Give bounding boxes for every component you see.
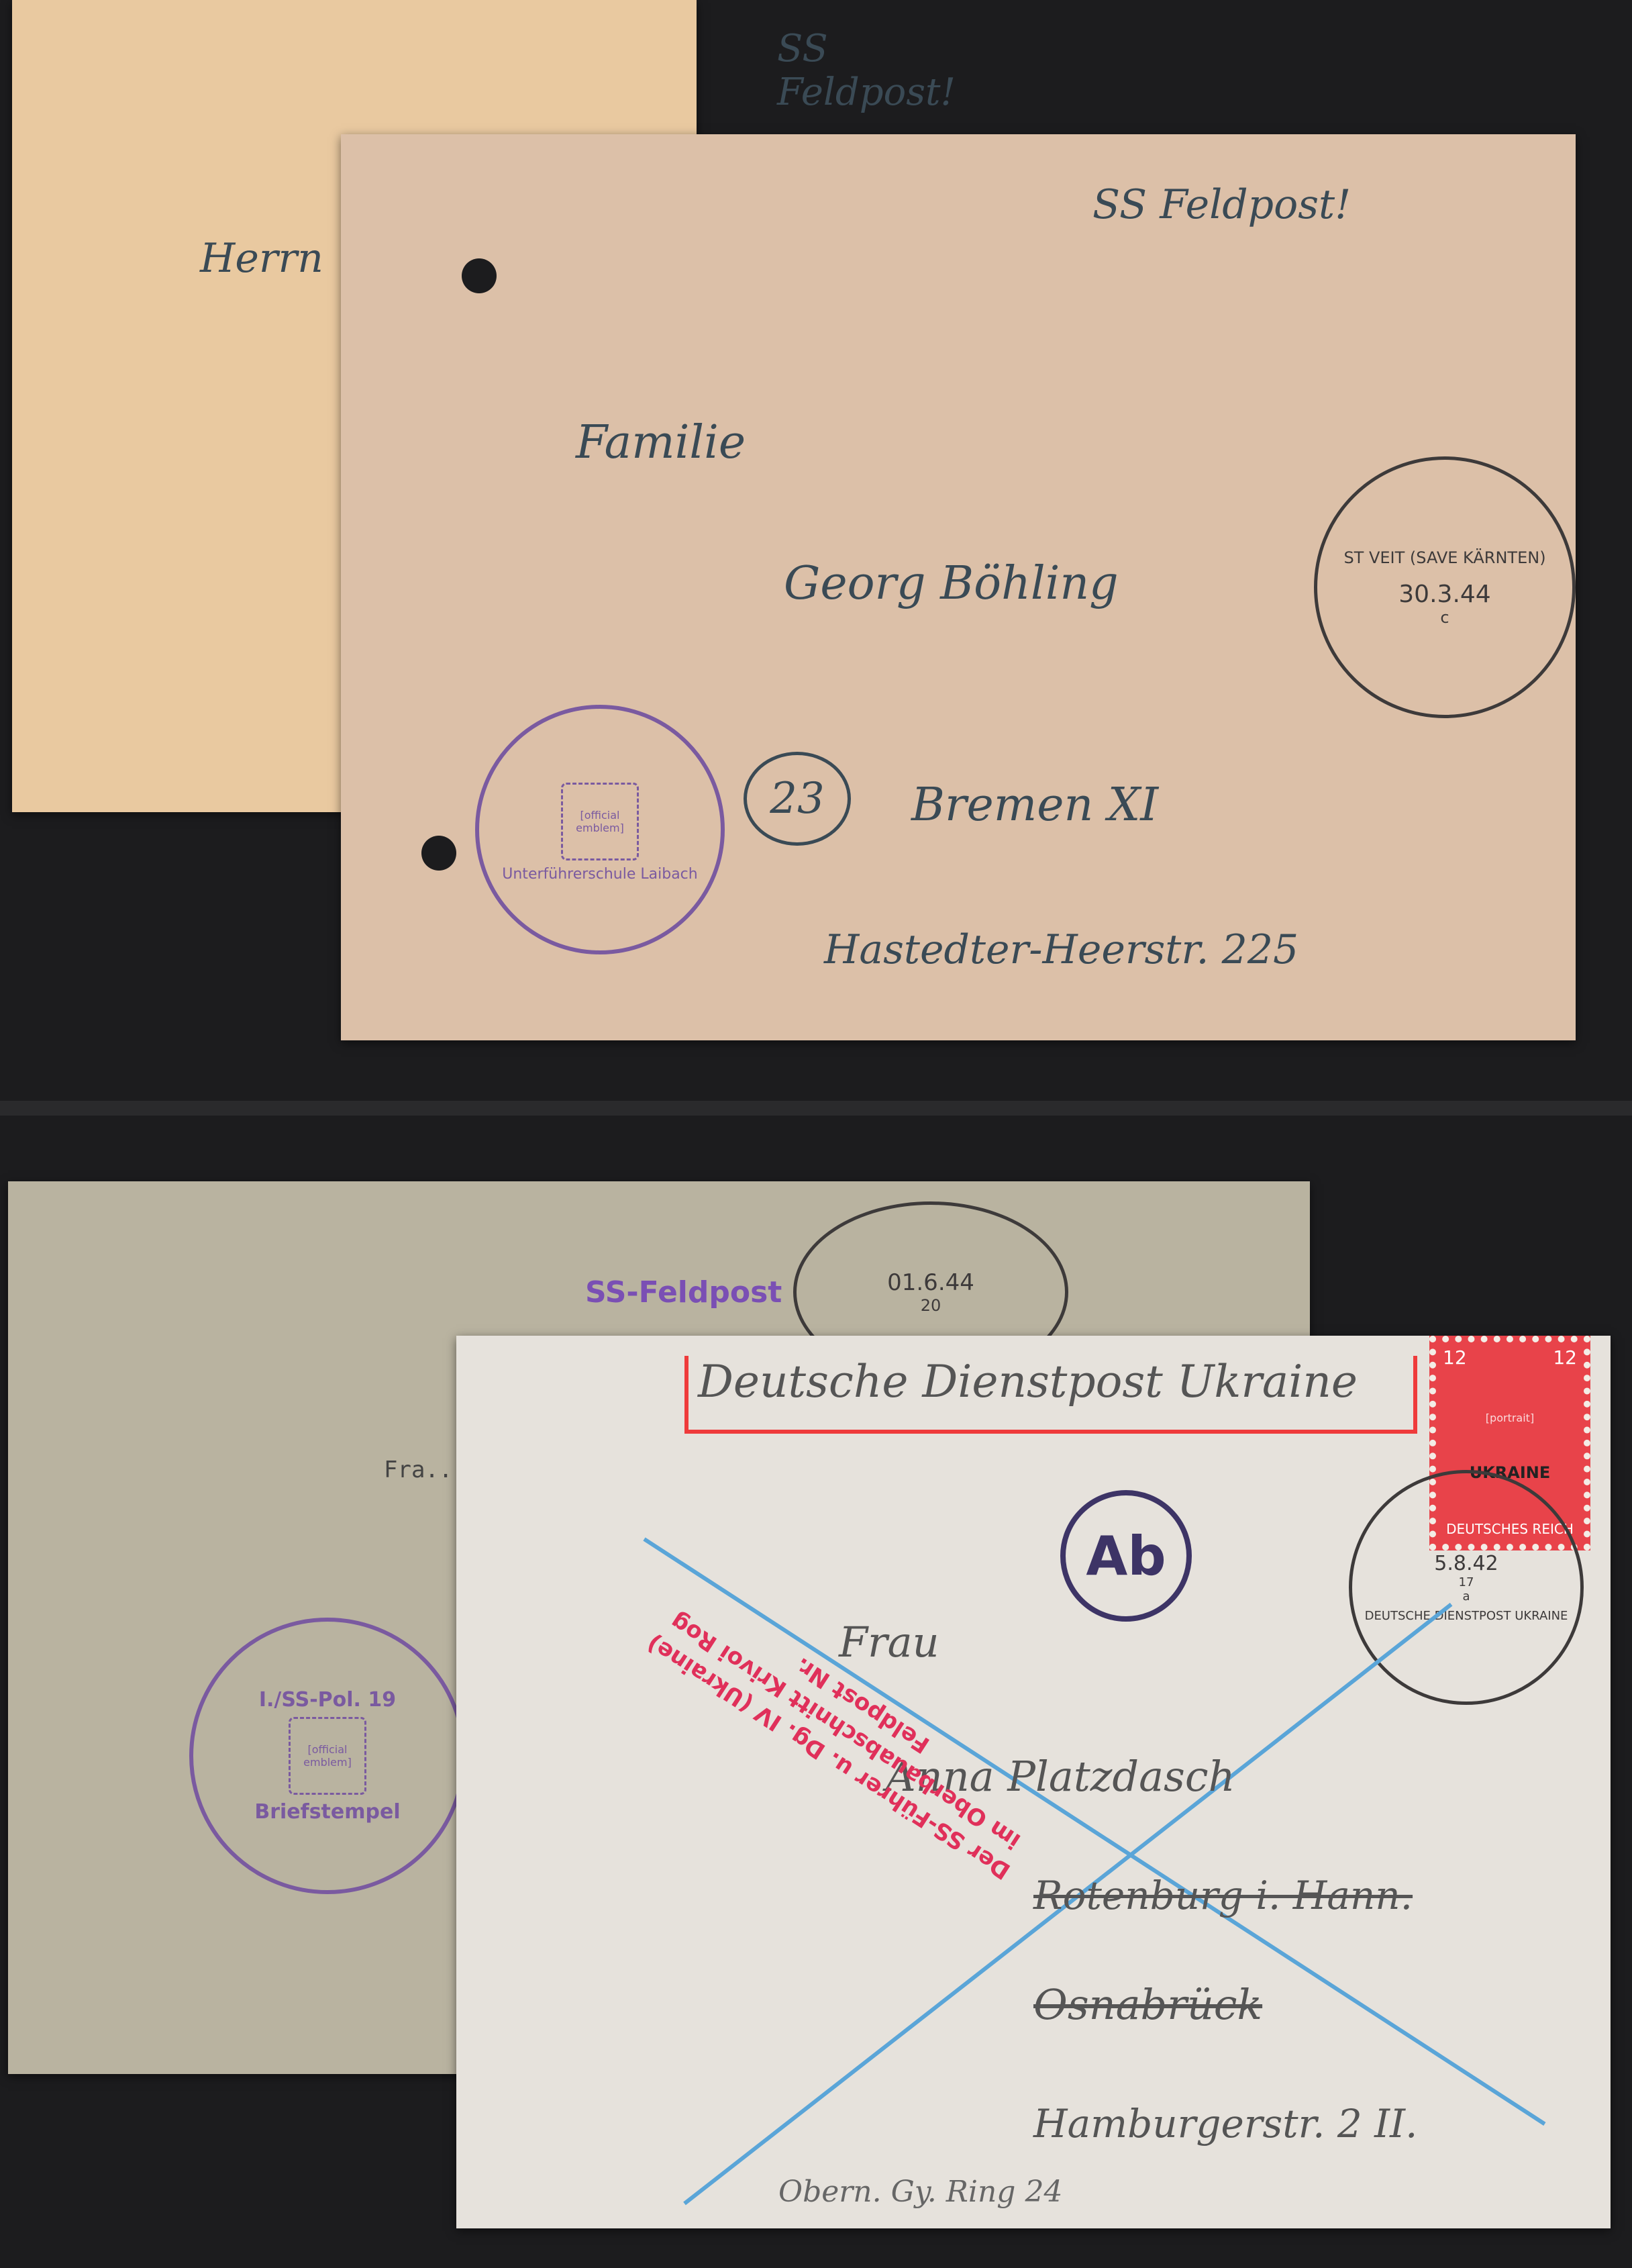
- postmark-date: 01.6.44: [887, 1269, 974, 1296]
- postmark: ST VEIT (SAVE KÄRNTEN) 30.3.44 c: [1314, 456, 1576, 718]
- punch-hole: [462, 258, 497, 293]
- address-line: Familie: [576, 416, 746, 469]
- address-line: Frau: [839, 1618, 939, 1667]
- address-line-crossed: Osnabrück: [1033, 1980, 1262, 2029]
- cover-2: SS Feldpost! Familie Georg Böhling Breme…: [341, 134, 1576, 1040]
- address-line: Hamburgerstr. 2 II.: [1033, 2101, 1417, 2147]
- seal-emblem-placeholder: [official emblem]: [561, 783, 639, 860]
- seal-emblem-placeholder: [official emblem]: [289, 1717, 366, 1795]
- typed-fragment: Fra...: [384, 1457, 466, 1483]
- postmark-code: a: [1462, 1589, 1470, 1604]
- seal-top-text: I./SS-Pol. 19: [259, 1688, 396, 1712]
- postmark-place: ST VEIT (SAVE KÄRNTEN): [1343, 548, 1545, 567]
- boxed-header: Deutsche Dienstpost Ukraine: [698, 1356, 1358, 1408]
- seal-text: Unterführerschule Laibach: [502, 866, 697, 883]
- postmark-time: 17: [1459, 1575, 1474, 1589]
- address-line: Hastedter-Heerstr. 225: [824, 926, 1298, 973]
- address-line-crossed: Rotenburg i. Hann.: [1033, 1873, 1413, 1918]
- official-seal: I./SS-Pol. 19 [official emblem] Briefste…: [189, 1618, 466, 1894]
- postmark-text: DEUTSCHE DIENSTPOST UKRAINE: [1365, 1609, 1568, 1623]
- address-line: Bremen XI: [911, 779, 1158, 832]
- stamp-value-row: 12 12: [1436, 1342, 1584, 1373]
- postmark-date: 30.3.44: [1398, 581, 1490, 608]
- postmark: 5.8.42 17 a DEUTSCHE DIENSTPOST UKRAINE: [1349, 1470, 1584, 1705]
- censor-mark: Ab: [1060, 1490, 1192, 1622]
- stamp-value: 12: [1443, 1346, 1467, 1369]
- feldpost-header: SS-Feldpost: [585, 1275, 782, 1310]
- seal-bottom-text: Briefstempel: [254, 1800, 400, 1824]
- punch-hole: [421, 836, 456, 871]
- stamp-portrait-placeholder: [portrait]: [1486, 1412, 1534, 1424]
- redirect-note: Obern. Gy. Ring 24: [778, 2175, 1062, 2209]
- address-line: Georg Böhling: [784, 557, 1119, 610]
- handstamp-line: Feldpost Nr.: [657, 1565, 1068, 1846]
- stamp-value: 12: [1553, 1346, 1577, 1369]
- cover-4: Deutsche Dienstpost Ukraine 12 12 [portr…: [456, 1336, 1611, 2228]
- cover-1-header: SS Feldpost!: [777, 27, 956, 114]
- album-divider: [0, 1101, 1632, 1116]
- postmark-time: 20: [921, 1296, 941, 1315]
- postmark-date: 5.8.42: [1434, 1552, 1498, 1575]
- circled-number: 23: [744, 752, 851, 846]
- postmark-code: c: [1440, 608, 1449, 627]
- red-handstamp: Der SS-Führer u. Dg. IV (Ukraine) im Obe…: [623, 1565, 1068, 1898]
- cover-2-header: SS Feldpost!: [1092, 181, 1351, 228]
- official-seal: [official emblem] Unterführerschule Laib…: [475, 705, 725, 954]
- cover-1-salutation: Herrn: [200, 235, 323, 282]
